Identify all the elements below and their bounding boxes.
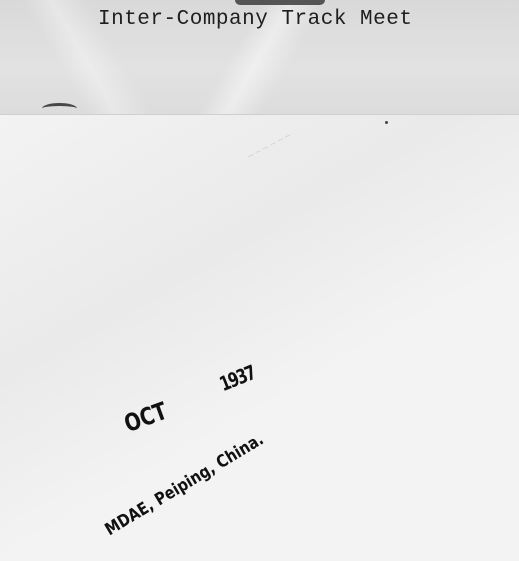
ink-speck: [385, 121, 388, 124]
lower-paper-sheet: [0, 115, 519, 561]
paper-tear: [42, 103, 77, 114]
top-edge-shadow: [235, 0, 325, 5]
typed-caption: Inter-Company Track Meet: [98, 8, 412, 31]
